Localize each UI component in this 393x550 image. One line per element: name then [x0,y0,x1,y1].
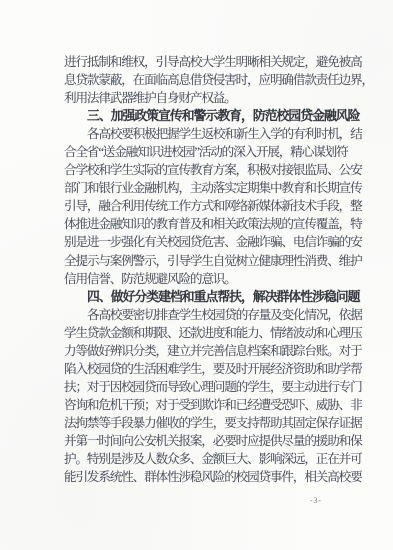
text-line: 进行抵制和维权，引导高校大学生明晰相关规定，避免被高 [64,53,369,71]
text-line: 引导，融合利用传统工作方式和网络新媒体新技术手段，整 [64,197,369,215]
text-line: 能引发系统性、群体性涉稳风险的校园贷事件，相关高校要 [64,468,369,486]
text-line: 各高校要密切排查学生校园贷的存量及变化情况，依据 [64,306,369,324]
document-page: 进行抵制和维权，引导高校大学生明晰相关规定，避免被高 息贷款蒙蔽，在面临高息借贷… [0,0,393,550]
page-number: -3- [310,495,321,505]
text-line: 体推进金融知识的教育普及和相关政策法规的宣传覆盖，特 [64,215,369,233]
text-line: 法拘禁等手段暴力催收的学生，要支持帮助其固定保存证据 [64,414,369,432]
text-line: 学生贷款金额和期限、还款进度和能力、情绪波动和心理压 [64,324,369,342]
text-line: 利用法律武器维护自身财产权益。 [64,89,369,107]
text-line: 并第一时间向公安机关报案，必要时应提供尽量的援助和保 [64,432,369,450]
text-line: 合全省“送金融知识进校园”活动的深入开展，精心谋划符 [64,143,369,161]
text-line: 咨询和危机干预；对于受到欺诈和已经遭受恐吓、威胁、非 [64,396,369,414]
text-line: 合学校和学生实际的宣传教育方案，积极对接银监局、公安 [64,161,369,179]
text-line: 护。特别是涉及人数众多、金额巨大、影响深远，正在并可 [64,450,369,468]
text-line: 别是进一步强化有关校园贷危害、金融诈骗、电信诈骗的安 [64,233,369,251]
text-line: 各高校要积极把握学生返校和新生入学的有利时机，结 [64,125,369,143]
text-line: 息贷款蒙蔽，在面临高息借贷侵害时，应明确借款责任边界， [64,71,369,89]
document-body: 进行抵制和维权，引导高校大学生明晰相关规定，避免被高 息贷款蒙蔽，在面临高息借贷… [64,53,369,486]
text-line: 部门和银行业金融机构，主动落实定期集中教育和长期宣传 [64,179,369,197]
text-line: 全提示与案例警示，引导学生自觉树立健康理性消费、维护 [64,252,369,270]
text-line: 信用信誉、防范规避风险的意识。 [64,270,369,288]
section-heading: 四、做好分类建档和重点帮扶，解决群体性涉稳问题 [64,288,369,306]
text-line: 扶；对于因校园贷而导致心理问题的学生，要主动进行专门 [64,378,369,396]
section-heading: 三、加强政策宣传和警示教育，防范校园贷金融风险 [64,107,369,125]
text-line: 陷入校园贷的生活困难学生，要及时开展经济资助和助学帮 [64,360,369,378]
text-line: 力等做好辨识分类，建立并完善信息档案和跟踪台账。对于 [64,342,369,360]
